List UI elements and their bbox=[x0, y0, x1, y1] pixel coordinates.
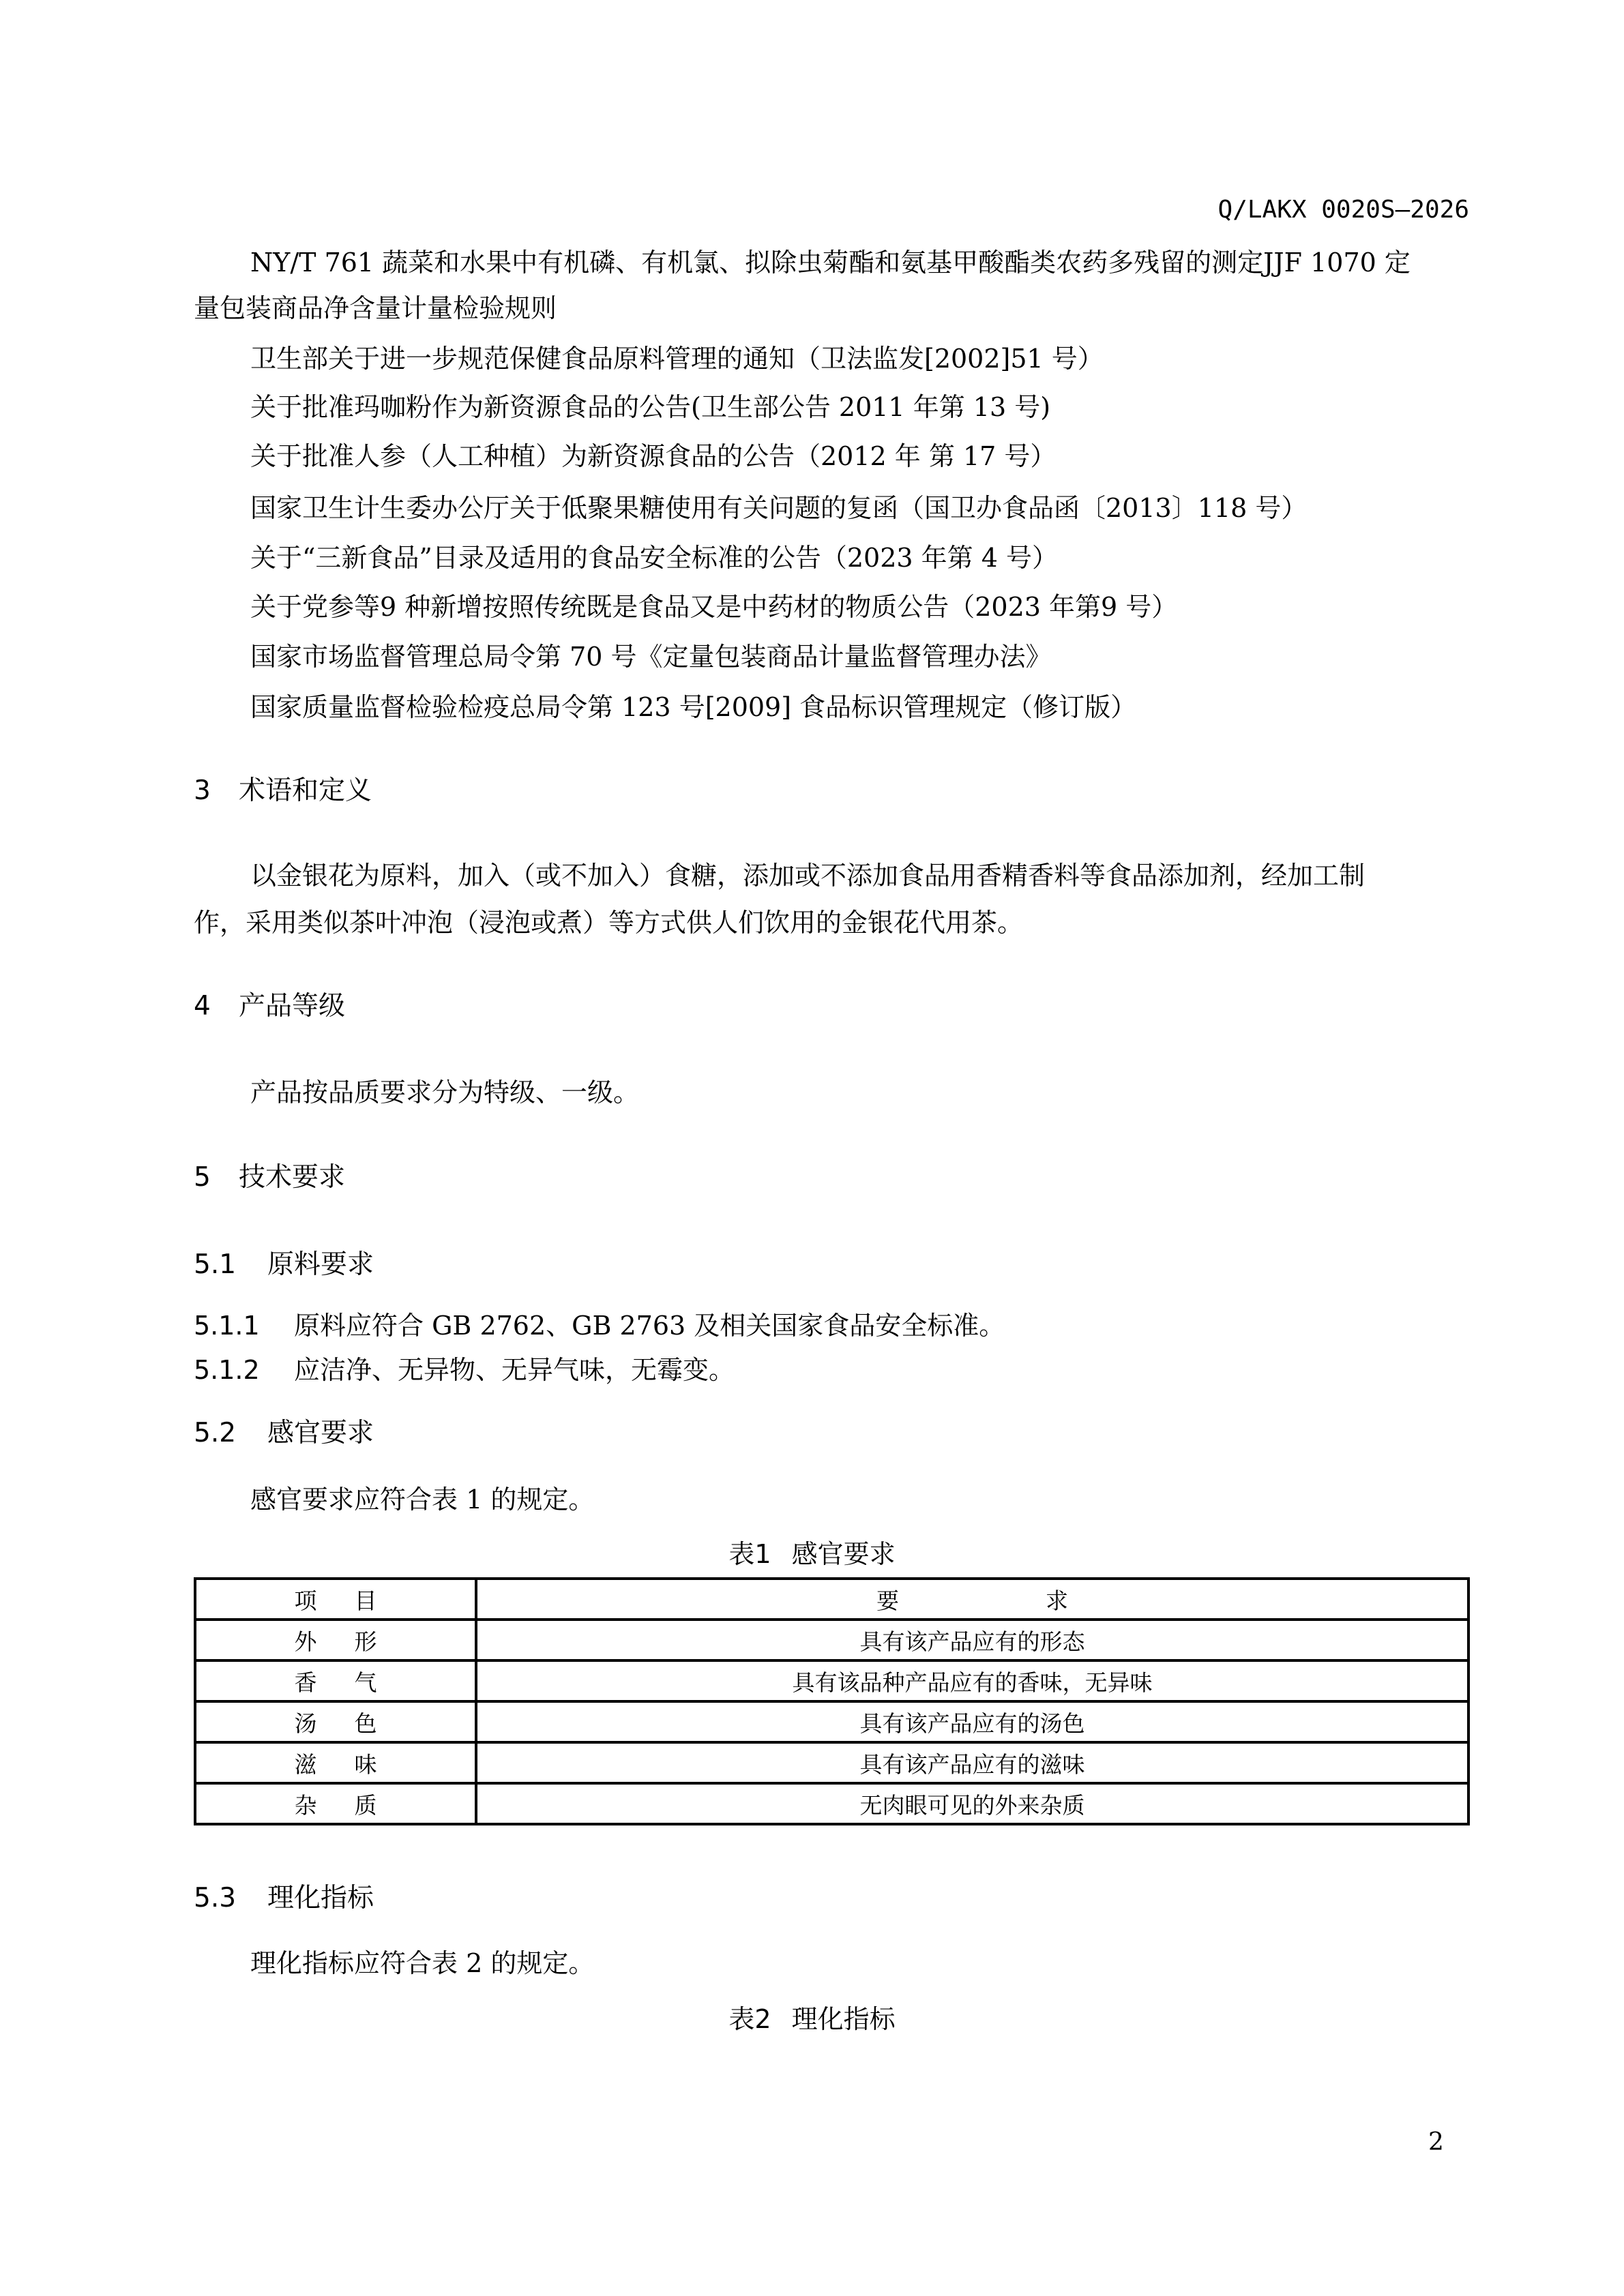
clause-5-1-2: 5.1.2应洁净、无异物、无异气味，无霉变。 bbox=[194, 1354, 735, 1386]
table-header-item: 项目 bbox=[195, 1579, 476, 1620]
reference-ny-t-761-line1: NY/T 761 蔬菜和水果中有机磷、有机氯、拟除虫菊酯和氨基甲酸酯类农药多残留… bbox=[250, 246, 1411, 279]
table-cell-requirement: 具有该产品应有的形态 bbox=[476, 1620, 1468, 1660]
table-cell-requirement: 具有该产品应有的滋味 bbox=[476, 1742, 1468, 1783]
sensory-intro: 感官要求应符合表 1 的规定。 bbox=[250, 1483, 594, 1516]
clause-text: 原料应符合 GB 2762、GB 2763 及相关国家食品安全标准。 bbox=[294, 1311, 1005, 1341]
section-title: 产品等级 bbox=[239, 991, 345, 1022]
subsection-title: 理化指标 bbox=[267, 1883, 374, 1913]
section-title: 技术要求 bbox=[239, 1162, 345, 1193]
subsection-number: 5.3 bbox=[194, 1881, 267, 1915]
clause-number: 5.1.1 bbox=[194, 1309, 294, 1342]
table-cell-item: 汤色 bbox=[195, 1701, 476, 1742]
table-row: 滋味 具有该产品应有的滋味 bbox=[195, 1742, 1468, 1783]
subsection-heading-5-3: 5.3理化指标 bbox=[194, 1881, 374, 1915]
table-row: 汤色 具有该产品应有的汤色 bbox=[195, 1701, 1468, 1742]
table-1-caption: 表1感官要求 bbox=[0, 1537, 1624, 1571]
table-row: 杂质 无肉眼可见的外来杂质 bbox=[195, 1783, 1468, 1824]
section-title: 术语和定义 bbox=[239, 775, 372, 806]
subsection-title: 原料要求 bbox=[267, 1249, 374, 1280]
reference-item: 关于批准人参（人工种植）为新资源食品的公告（2012 年 第 17 号） bbox=[250, 440, 1056, 473]
section-number: 4 bbox=[194, 989, 239, 1024]
reference-item: 关于党参等9 种新增按照传统既是食品又是中药材的物质公告（2023 年第9 号） bbox=[250, 591, 1177, 623]
section-heading-4: 4产品等级 bbox=[194, 989, 345, 1024]
section-number: 3 bbox=[194, 774, 239, 808]
clause-text: 应洁净、无异物、无异气味，无霉变。 bbox=[294, 1355, 735, 1385]
reference-item: 关于批准玛咖粉作为新资源食品的公告(卫生部公告 2011 年第 13 号) bbox=[250, 391, 1050, 423]
table-row: 外形 具有该产品应有的形态 bbox=[195, 1620, 1468, 1660]
table-2-caption: 表2理化指标 bbox=[0, 2002, 1624, 2036]
clause-number: 5.1.2 bbox=[194, 1354, 294, 1386]
reference-item: 国家市场监督管理总局令第 70 号《定量包装商品计量监督管理办法》 bbox=[250, 640, 1052, 673]
page-number: 2 bbox=[1428, 2126, 1444, 2159]
reference-item: 国家卫生计生委办公厅关于低聚果糖使用有关问题的复函（国卫办食品函〔2013〕11… bbox=[250, 492, 1307, 524]
reference-item: 卫生部关于进一步规范保健食品原料管理的通知（卫法监发[2002]51 号） bbox=[250, 342, 1104, 375]
table-cell-item: 外形 bbox=[195, 1620, 476, 1660]
sensory-requirements-table: 项目 要求 外形 具有该产品应有的形态 香气 具有该品种产品应有的香味，无异味 … bbox=[194, 1577, 1470, 1825]
document-code-header: Q/LAKX 0020S—2026 bbox=[1218, 194, 1469, 226]
table-cell-item: 杂质 bbox=[195, 1783, 476, 1824]
subsection-number: 5.2 bbox=[194, 1416, 267, 1450]
table-cell-item: 滋味 bbox=[195, 1742, 476, 1783]
table-header-row: 项目 要求 bbox=[195, 1579, 1468, 1620]
section-heading-5: 5技术要求 bbox=[194, 1161, 345, 1195]
table-title: 理化指标 bbox=[792, 2004, 896, 2034]
table-row: 香气 具有该品种产品应有的香味，无异味 bbox=[195, 1660, 1468, 1701]
table-title: 感官要求 bbox=[792, 1539, 896, 1569]
definition-paragraph-line2: 作，采用类似茶叶冲泡（浸泡或煮）等方式供人们饮用的金银花代用茶。 bbox=[194, 906, 1023, 939]
reference-ny-t-761-line2: 量包装商品净含量计量检验规则 bbox=[194, 292, 557, 325]
subsection-title: 感官要求 bbox=[267, 1418, 374, 1448]
section-number: 5 bbox=[194, 1161, 239, 1195]
table-header-requirement: 要求 bbox=[476, 1579, 1468, 1620]
physicochemical-intro: 理化指标应符合表 2 的规定。 bbox=[250, 1947, 594, 1980]
table-number: 表1 bbox=[728, 1539, 771, 1569]
definition-paragraph-line1: 以金银花为原料，加入（或不加入）食糖，添加或不添加食品用香精香料等食品添加剂，经… bbox=[250, 859, 1365, 892]
subsection-heading-5-2: 5.2感官要求 bbox=[194, 1416, 374, 1450]
section-heading-3: 3术语和定义 bbox=[194, 774, 372, 808]
table-cell-requirement: 具有该品种产品应有的香味，无异味 bbox=[476, 1660, 1468, 1701]
reference-item: 关于“三新食品”目录及适用的食品安全标准的公告（2023 年第 4 号） bbox=[250, 541, 1058, 574]
table-cell-item: 香气 bbox=[195, 1660, 476, 1701]
subsection-number: 5.1 bbox=[194, 1248, 267, 1282]
subsection-heading-5-1: 5.1原料要求 bbox=[194, 1248, 374, 1282]
table-cell-requirement: 无肉眼可见的外来杂质 bbox=[476, 1783, 1468, 1824]
table-cell-requirement: 具有该产品应有的汤色 bbox=[476, 1701, 1468, 1742]
reference-item: 国家质量监督检验检疫总局令第 123 号[2009] 食品标识管理规定（修订版） bbox=[250, 691, 1136, 724]
grade-paragraph: 产品按品质要求分为特级、一级。 bbox=[250, 1076, 639, 1109]
clause-5-1-1: 5.1.1原料应符合 GB 2762、GB 2763 及相关国家食品安全标准。 bbox=[194, 1309, 1005, 1342]
table-number: 表2 bbox=[728, 2004, 771, 2034]
